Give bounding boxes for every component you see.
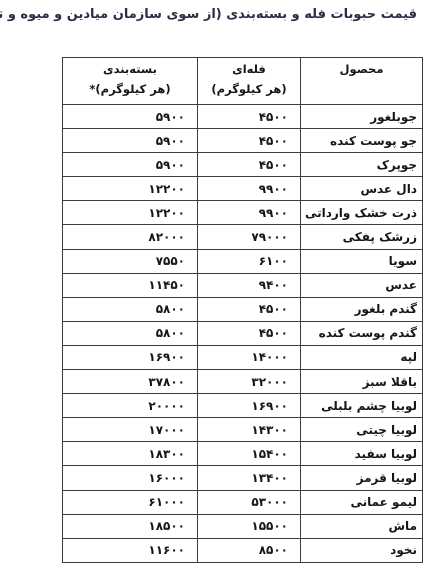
col-header-bulk-unit: (هر کیلوگرم) <box>211 82 286 96</box>
table-row: دال عدس۹۹۰۰۱۲۲۰۰ <box>63 177 423 201</box>
packaged-price-cell: ۱۲۲۰۰ <box>63 201 198 225</box>
product-cell: ماش <box>301 514 423 538</box>
product-cell: لیمو عمانی <box>301 490 423 514</box>
bulk-price-cell: ۸۵۰۰ <box>198 538 301 562</box>
packaged-price-cell: ۵۹۰۰ <box>63 153 198 177</box>
bulk-price-cell: ۵۳۰۰۰ <box>198 490 301 514</box>
packaged-price-cell: ۱۷۰۰۰ <box>63 418 198 442</box>
table-row: باقلا سبز۳۲۰۰۰۳۷۸۰۰ <box>63 370 423 394</box>
bulk-price-cell: ۱۶۹۰۰ <box>198 394 301 418</box>
bulk-price-cell: ۷۹۰۰۰ <box>198 225 301 249</box>
packaged-price-cell: ۵۸۰۰ <box>63 297 198 321</box>
packaged-price-cell: ۱۸۳۰۰ <box>63 442 198 466</box>
table-row: جو پوست کنده۴۵۰۰۵۹۰۰ <box>63 129 423 153</box>
product-cell: لوبیا قرمز <box>301 466 423 490</box>
product-cell: باقلا سبز <box>301 370 423 394</box>
packaged-price-cell: ۱۱۶۰۰ <box>63 538 198 562</box>
packaged-price-cell: ۵۸۰۰ <box>63 321 198 345</box>
product-cell: لوبیا چشم بلبلی <box>301 394 423 418</box>
col-header-packaged-unit: (هر کیلوگرم)* <box>89 82 170 96</box>
bulk-price-cell: ۹۹۰۰ <box>198 177 301 201</box>
table-row: لوبیا چیتی۱۴۳۰۰۱۷۰۰۰ <box>63 418 423 442</box>
packaged-price-cell: ۱۶۹۰۰ <box>63 345 198 369</box>
product-cell: گندم پوست کنده <box>301 321 423 345</box>
page-title: قیمت حبوبات فله و بسته‌بندی (از سوی سازم… <box>4 7 417 22</box>
product-cell: نخود <box>301 538 423 562</box>
table-row: لیمو عمانی۵۳۰۰۰۶۱۰۰۰ <box>63 490 423 514</box>
packaged-price-cell: ۷۵۵۰ <box>63 249 198 273</box>
col-header-product: محصول <box>301 58 423 105</box>
bulk-price-cell: ۴۵۰۰ <box>198 105 301 129</box>
col-header-bulk: فله‌ای (هر کیلوگرم) <box>198 58 301 105</box>
price-table: محصول فله‌ای (هر کیلوگرم) بسته‌بندی (هر … <box>62 57 423 563</box>
col-header-packaged-label: بسته‌بندی <box>103 62 157 76</box>
table-row: گندم بلغور۴۵۰۰۵۸۰۰ <box>63 297 423 321</box>
product-cell: ذرت خشک وارداتی <box>301 201 423 225</box>
table-row: لوبیا سفید۱۵۴۰۰۱۸۳۰۰ <box>63 442 423 466</box>
col-header-bulk-label: فله‌ای <box>232 62 266 76</box>
packaged-price-cell: ۵۹۰۰ <box>63 105 198 129</box>
bulk-price-cell: ۴۵۰۰ <box>198 129 301 153</box>
packaged-price-cell: ۱۲۲۰۰ <box>63 177 198 201</box>
bulk-price-cell: ۴۵۰۰ <box>198 321 301 345</box>
table-row: لوبیا قرمز۱۳۴۰۰۱۶۰۰۰ <box>63 466 423 490</box>
product-cell: لپه <box>301 345 423 369</box>
bulk-price-cell: ۴۵۰۰ <box>198 297 301 321</box>
bulk-price-cell: ۱۴۰۰۰ <box>198 345 301 369</box>
product-cell: لوبیا سفید <box>301 442 423 466</box>
table-body: جوبلغور۴۵۰۰۵۹۰۰جو پوست کنده۴۵۰۰۵۹۰۰جوپرک… <box>63 105 423 563</box>
table-row: جوبلغور۴۵۰۰۵۹۰۰ <box>63 105 423 129</box>
product-cell: دال عدس <box>301 177 423 201</box>
product-cell: جوبلغور <box>301 105 423 129</box>
bulk-price-cell: ۹۴۰۰ <box>198 273 301 297</box>
col-header-product-label: محصول <box>340 62 384 76</box>
packaged-price-cell: ۳۷۸۰۰ <box>63 370 198 394</box>
col-header-packaged: بسته‌بندی (هر کیلوگرم)* <box>63 58 198 105</box>
table-row: لوبیا چشم بلبلی۱۶۹۰۰۲۰۰۰۰ <box>63 394 423 418</box>
header-row: محصول فله‌ای (هر کیلوگرم) بسته‌بندی (هر … <box>63 58 423 105</box>
bulk-price-cell: ۶۱۰۰ <box>198 249 301 273</box>
bulk-price-cell: ۱۳۴۰۰ <box>198 466 301 490</box>
table-row: گندم پوست کنده۴۵۰۰۵۸۰۰ <box>63 321 423 345</box>
table-row: نخود۸۵۰۰۱۱۶۰۰ <box>63 538 423 562</box>
packaged-price-cell: ۵۹۰۰ <box>63 129 198 153</box>
packaged-price-cell: ۸۲۰۰۰ <box>63 225 198 249</box>
product-cell: گندم بلغور <box>301 297 423 321</box>
packaged-price-cell: ۶۱۰۰۰ <box>63 490 198 514</box>
table-row: ذرت خشک وارداتی۹۹۰۰۱۲۲۰۰ <box>63 201 423 225</box>
table-row: عدس۹۴۰۰۱۱۴۵۰ <box>63 273 423 297</box>
packaged-price-cell: ۱۶۰۰۰ <box>63 466 198 490</box>
table-row: ماش۱۵۵۰۰۱۸۵۰۰ <box>63 514 423 538</box>
bulk-price-cell: ۴۵۰۰ <box>198 153 301 177</box>
bulk-price-cell: ۱۴۳۰۰ <box>198 418 301 442</box>
table-row: جوپرک۴۵۰۰۵۹۰۰ <box>63 153 423 177</box>
packaged-price-cell: ۱۸۵۰۰ <box>63 514 198 538</box>
product-cell: جو پوست کنده <box>301 129 423 153</box>
product-cell: عدس <box>301 273 423 297</box>
packaged-price-cell: ۱۱۴۵۰ <box>63 273 198 297</box>
packaged-price-cell: ۲۰۰۰۰ <box>63 394 198 418</box>
bulk-price-cell: ۱۵۴۰۰ <box>198 442 301 466</box>
product-cell: لوبیا چیتی <box>301 418 423 442</box>
table-row: سویا۶۱۰۰۷۵۵۰ <box>63 249 423 273</box>
bulk-price-cell: ۹۹۰۰ <box>198 201 301 225</box>
table-row: زرشک پفکی۷۹۰۰۰۸۲۰۰۰ <box>63 225 423 249</box>
product-cell: جوپرک <box>301 153 423 177</box>
product-cell: زرشک پفکی <box>301 225 423 249</box>
table-row: لپه۱۴۰۰۰۱۶۹۰۰ <box>63 345 423 369</box>
bulk-price-cell: ۳۲۰۰۰ <box>198 370 301 394</box>
product-cell: سویا <box>301 249 423 273</box>
bulk-price-cell: ۱۵۵۰۰ <box>198 514 301 538</box>
